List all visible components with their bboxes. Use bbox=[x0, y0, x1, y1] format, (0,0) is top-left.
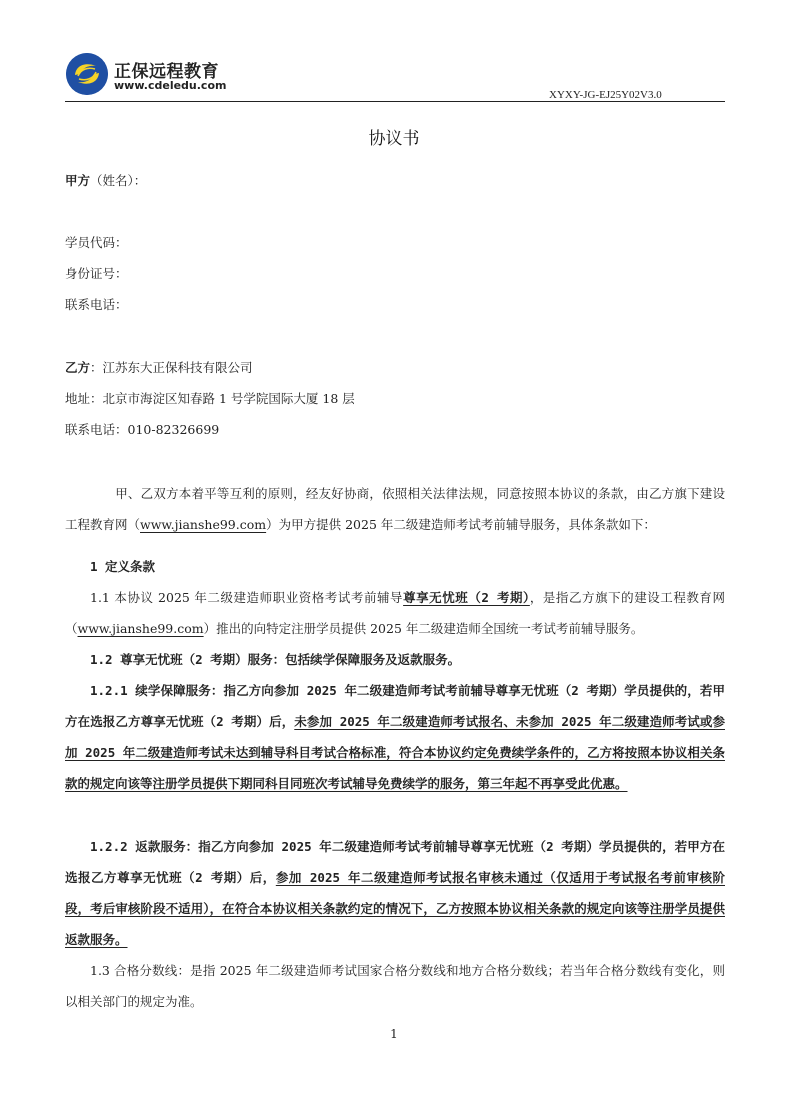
brand-url: www.cdeledu.com bbox=[114, 79, 226, 92]
party-b-phone-label: 联系电话： bbox=[65, 422, 128, 437]
party-a-phone-label: 联系电话： bbox=[65, 297, 128, 312]
id-number-label: 身份证号： bbox=[65, 266, 128, 281]
party-b-phone: 联系电话：010-82326699 bbox=[65, 422, 219, 438]
clause-1-1-suffix: ）推出的向特定注册学员提供 2025 年二级建造师全国统一考试考前辅导服务。 bbox=[204, 621, 644, 636]
party-b-name: 江苏东大正保科技有限公司 bbox=[103, 360, 253, 375]
brand-logo bbox=[66, 53, 108, 95]
section-1-heading-text: 1 定义条款 bbox=[90, 559, 155, 574]
clause-1-1-prefix: 1.1 本协议 2025 年二级建造师职业资格考试考前辅导 bbox=[90, 590, 403, 605]
clause-1-1-link[interactable]: www.jianshe99.com bbox=[78, 621, 204, 636]
intro-paragraph: 甲、乙双方本着平等互利的原则，经友好协商，依照相关法律法规，同意按照本协议的条款… bbox=[65, 478, 725, 540]
section-1-heading: 1 定义条款 bbox=[65, 551, 725, 582]
clause-1-2-2: 1.2.2 返款服务：指乙方向参加 2025 年二级建造师考试考前辅导尊享无忧班… bbox=[65, 831, 725, 955]
party-a-line: 甲方（姓名）： bbox=[65, 173, 146, 189]
clause-1-3-text: 1.3 合格分数线：是指 2025 年二级建造师考试国家合格分数线和地方合格分数… bbox=[65, 963, 725, 1009]
intro-text-2: ）为甲方提供 2025 年二级建造师考试考前辅导服务，具体条款如下： bbox=[266, 517, 656, 532]
party-b-phone-value: 010-82326699 bbox=[128, 422, 220, 437]
clause-1-2-1: 1.2.1 续学保障服务：指乙方向参加 2025 年二级建造师考试考前辅导尊享无… bbox=[65, 675, 725, 799]
student-code-field: 学员代码： bbox=[65, 235, 128, 251]
party-a-phone-field: 联系电话： bbox=[65, 297, 128, 313]
jianshe-link[interactable]: www.jianshe99.com bbox=[140, 517, 266, 532]
clause-1-1-emphasis: 尊享无忧班（2 考期） bbox=[403, 590, 530, 605]
page-number: 1 bbox=[0, 1027, 788, 1041]
clause-1-2-text: 1.2 尊享无忧班（2 考期）服务：包括续学保障服务及返款服务。 bbox=[90, 652, 460, 667]
party-b-colon: ： bbox=[90, 360, 103, 375]
clause-1-2: 1.2 尊享无忧班（2 考期）服务：包括续学保障服务及返款服务。 bbox=[65, 644, 725, 675]
clause-1-1: 1.1 本协议 2025 年二级建造师职业资格考试考前辅导尊享无忧班（2 考期）… bbox=[65, 582, 725, 644]
party-a-label-suffix: （姓名）： bbox=[90, 173, 146, 188]
party-a-label: 甲方 bbox=[65, 173, 90, 188]
id-number-field: 身份证号： bbox=[65, 266, 128, 282]
document-code: XYXY-JG-EJ25Y02V3.0 bbox=[549, 89, 662, 101]
document-title: 协议书 bbox=[0, 124, 788, 149]
student-code-label: 学员代码： bbox=[65, 235, 128, 250]
address-value: 北京市海淀区知春路 1 号学院国际大厦 18 层 bbox=[103, 391, 355, 406]
party-b-address: 地址：北京市海淀区知春路 1 号学院国际大厦 18 层 bbox=[65, 391, 355, 407]
logo-swoosh-icon bbox=[66, 53, 108, 95]
header-divider bbox=[65, 101, 725, 102]
party-b-label: 乙方 bbox=[65, 360, 90, 375]
party-b-line: 乙方：江苏东大正保科技有限公司 bbox=[65, 360, 253, 376]
clause-1-3: 1.3 合格分数线：是指 2025 年二级建造师考试国家合格分数线和地方合格分数… bbox=[65, 955, 725, 1017]
address-label: 地址： bbox=[65, 391, 103, 406]
